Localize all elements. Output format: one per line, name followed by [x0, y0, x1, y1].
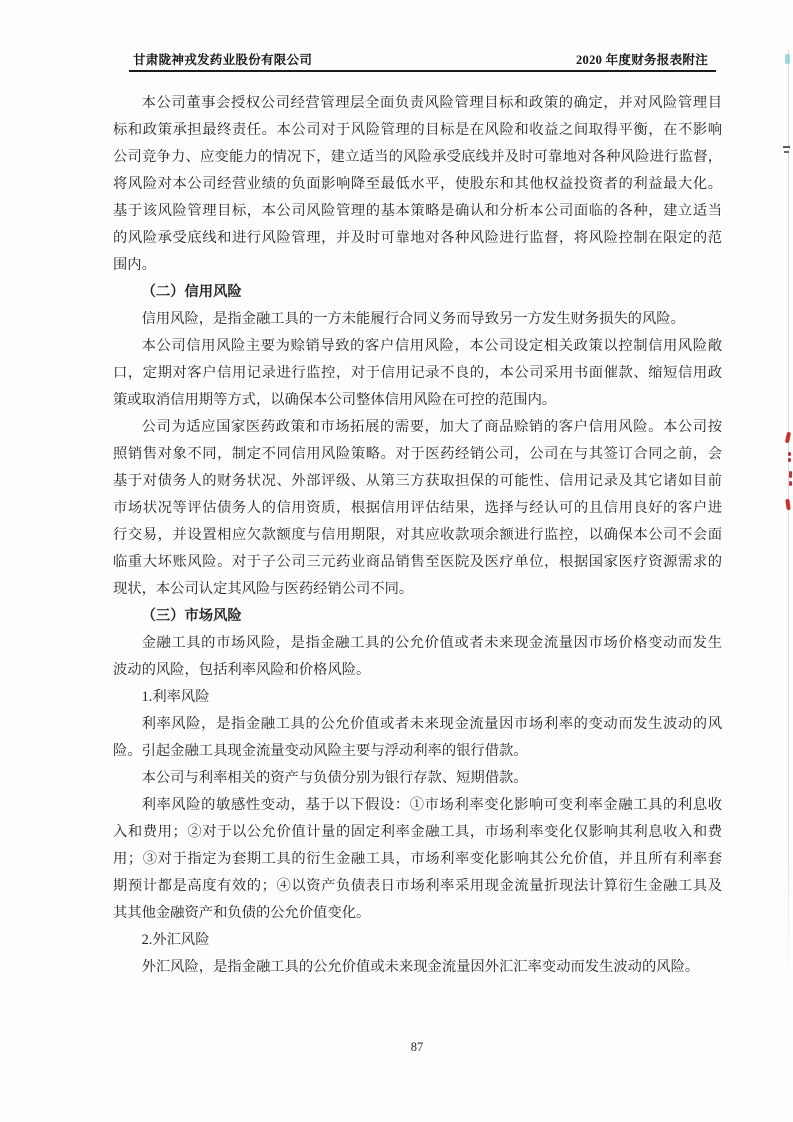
paragraph: 本公司信用风险主要为赊销导致的客户信用风险，本公司设定相关政策以控制信用风险敞口…	[113, 333, 722, 414]
text-line: 入和费用；②对于以公允价值计量的固定利率金融工具，市场利率变化仅影响其利息收入和…	[113, 819, 722, 846]
text-line: 公司为适应国家医药政策和市场拓展的需要，加大了商品赊销的客户信用风险。本公司按	[113, 414, 722, 441]
text-line: 市场状况等评估债务人的信用资质，根据信用评估结果，选择与经认可的且信用良好的客户…	[113, 495, 722, 522]
page-footer: 87	[411, 1040, 424, 1055]
text-line: 利率风险的敏感性变动，基于以下假设：①市场利率变化影响可变利率金融工具的利息收	[113, 792, 722, 819]
text-line: 标和政策承担最终责任。本公司对于风险管理的目标是在风险和收益之间取得平衡，在不影…	[113, 117, 722, 144]
text-line: 将风险对本公司经营业绩的负面影响降至最低水平，使股东和其他权益投资者的利益最大化…	[113, 171, 722, 198]
text-line: 利率风险，是指金融工具的公允价值或者未来现金流量因市场利率的变动而发生波动的风	[113, 711, 722, 738]
text-line: 险。引起金融工具现金流量变动风险主要与浮动利率的银行借款。	[113, 738, 722, 765]
text-line: 围内。	[113, 252, 722, 279]
text-line: 策或取消信用期等方式，以确保本公司整体信用风险在可控的范围内。	[113, 387, 722, 414]
text-line: 期预计都是高度有效的；④以资产负债表日市场利率采用现金流量折现法计算衍生金融工具…	[113, 873, 722, 900]
scan-edge-line	[788, 50, 789, 990]
text-line: 行交易，并设置相应欠款额度与信用期限，对其应收款项余额进行监控，以确保本公司不会…	[113, 522, 722, 549]
text-line: 现状，本公司认定其风险与医药经销公司不同。	[113, 576, 722, 603]
red-seal-mark	[788, 452, 791, 456]
text-line: 其其他金融资产和负债的公允价值变化。	[113, 900, 722, 927]
text-line: 本公司与利率相关的资产与负债分别为银行存款、短期借款。	[113, 765, 722, 792]
paragraph: 公司为适应国家医药政策和市场拓展的需要，加大了商品赊销的客户信用风险。本公司按照…	[113, 414, 722, 603]
sub-heading: 2.外汇风险	[113, 927, 722, 954]
paragraph: 本公司与利率相关的资产与负债分别为银行存款、短期借款。	[113, 765, 722, 792]
header-rule	[129, 70, 716, 72]
text-line: 的风险承受底线和进行风险管理，并及时可靠地对各种风险进行监督，将风险控制在限定的…	[113, 225, 722, 252]
text-line: 基于该风险管理目标，本公司风险管理的基本策略是确认和分析本公司面临的各种，建立适…	[113, 198, 722, 225]
text-line: 波动的风险，包括利率风险和价格风险。	[113, 657, 722, 684]
section-heading: （三）市场风险	[113, 603, 722, 630]
text-line: 公司竞争力、应变能力的情况下，建立适当的风险承受底线并及时可靠地对各种风险进行监…	[113, 144, 722, 171]
section-heading: （二）信用风险	[113, 279, 722, 306]
paragraph: 利率风险，是指金融工具的公允价值或者未来现金流量因市场利率的变动而发生波动的风险…	[113, 711, 722, 765]
text-line: 2.外汇风险	[113, 927, 722, 954]
sub-heading: 1.利率风险	[113, 684, 722, 711]
text-line: 临重大坏账风险。对于子公司三元药业商品销售至医院及医疗单位，根据国家医疗资源需求…	[113, 549, 722, 576]
text-line: 信用风险，是指金融工具的一方未能履行合同义务而导致另一方发生财务损失的风险。	[113, 306, 722, 333]
text-line: （三）市场风险	[113, 603, 722, 630]
paragraph: 外汇风险，是指金融工具的公允价值或未来现金流量因外汇汇率变动而发生波动的风险。	[113, 954, 722, 981]
paragraph: 信用风险，是指金融工具的一方未能履行合同义务而导致另一方发生财务损失的风险。	[113, 306, 722, 333]
paragraph: 本公司董事会授权公司经营管理层全面负责风险管理目标和政策的确定，并对风险管理目标…	[113, 90, 722, 279]
text-line: 口，定期对客户信用记录进行监控，对于信用记录不良的，本公司采用书面催款、缩短信用…	[113, 360, 722, 387]
text-line: 基于对债务人的财务状况、外部评级、从第三方获取担保的可能性、信用记录及其它诸如目…	[113, 468, 722, 495]
header-doc-title: 2020 年度财务报表附注	[576, 50, 708, 68]
paragraph: 利率风险的敏感性变动，基于以下假设：①市场利率变化影响可变利率金融工具的利息收入…	[113, 792, 722, 927]
text-line: 照销售对象不同，制定不同信用风险策略。对于医药经销公司，公司在与其签订合同之前，…	[113, 441, 722, 468]
document-body: 本公司董事会授权公司经营管理层全面负责风险管理目标和政策的确定，并对风险管理目标…	[113, 90, 722, 981]
text-line: 1.利率风险	[113, 684, 722, 711]
text-line: （二）信用风险	[113, 279, 722, 306]
text-line: 本公司董事会授权公司经营管理层全面负责风险管理目标和政策的确定，并对风险管理目	[113, 90, 722, 117]
cyan-scan-artifact	[785, 54, 790, 64]
red-seal-mark	[788, 458, 791, 462]
text-line: 本公司信用风险主要为赊销导致的客户信用风险，本公司设定相关政策以控制信用风险敞	[113, 333, 722, 360]
scan-speck	[784, 151, 789, 153]
red-seal-mark	[789, 481, 792, 486]
page-header: 甘肃陇神戎发药业股份有限公司 2020 年度财务报表附注	[133, 50, 708, 68]
text-line: 金融工具的市场风险，是指金融工具的公允价值或者未来现金流量因市场价格变动而发生	[113, 630, 722, 657]
red-seal-mark	[785, 432, 791, 444]
scan-speck	[783, 146, 790, 148]
red-seal-mark	[789, 471, 792, 478]
red-seal-mark	[785, 499, 790, 510]
text-line: 用；③对于指定为套期工具的衍生金融工具，市场利率变化影响其公允价值，并且所有利率…	[113, 846, 722, 873]
paragraph: 金融工具的市场风险，是指金融工具的公允价值或者未来现金流量因市场价格变动而发生波…	[113, 630, 722, 684]
page-number: 87	[411, 1040, 424, 1054]
document-page: 甘肃陇神戎发药业股份有限公司 2020 年度财务报表附注 本公司董事会授权公司经…	[0, 0, 793, 1122]
text-line: 外汇风险，是指金融工具的公允价值或未来现金流量因外汇汇率变动而发生波动的风险。	[113, 954, 722, 981]
header-company-name: 甘肃陇神戎发药业股份有限公司	[133, 50, 312, 68]
